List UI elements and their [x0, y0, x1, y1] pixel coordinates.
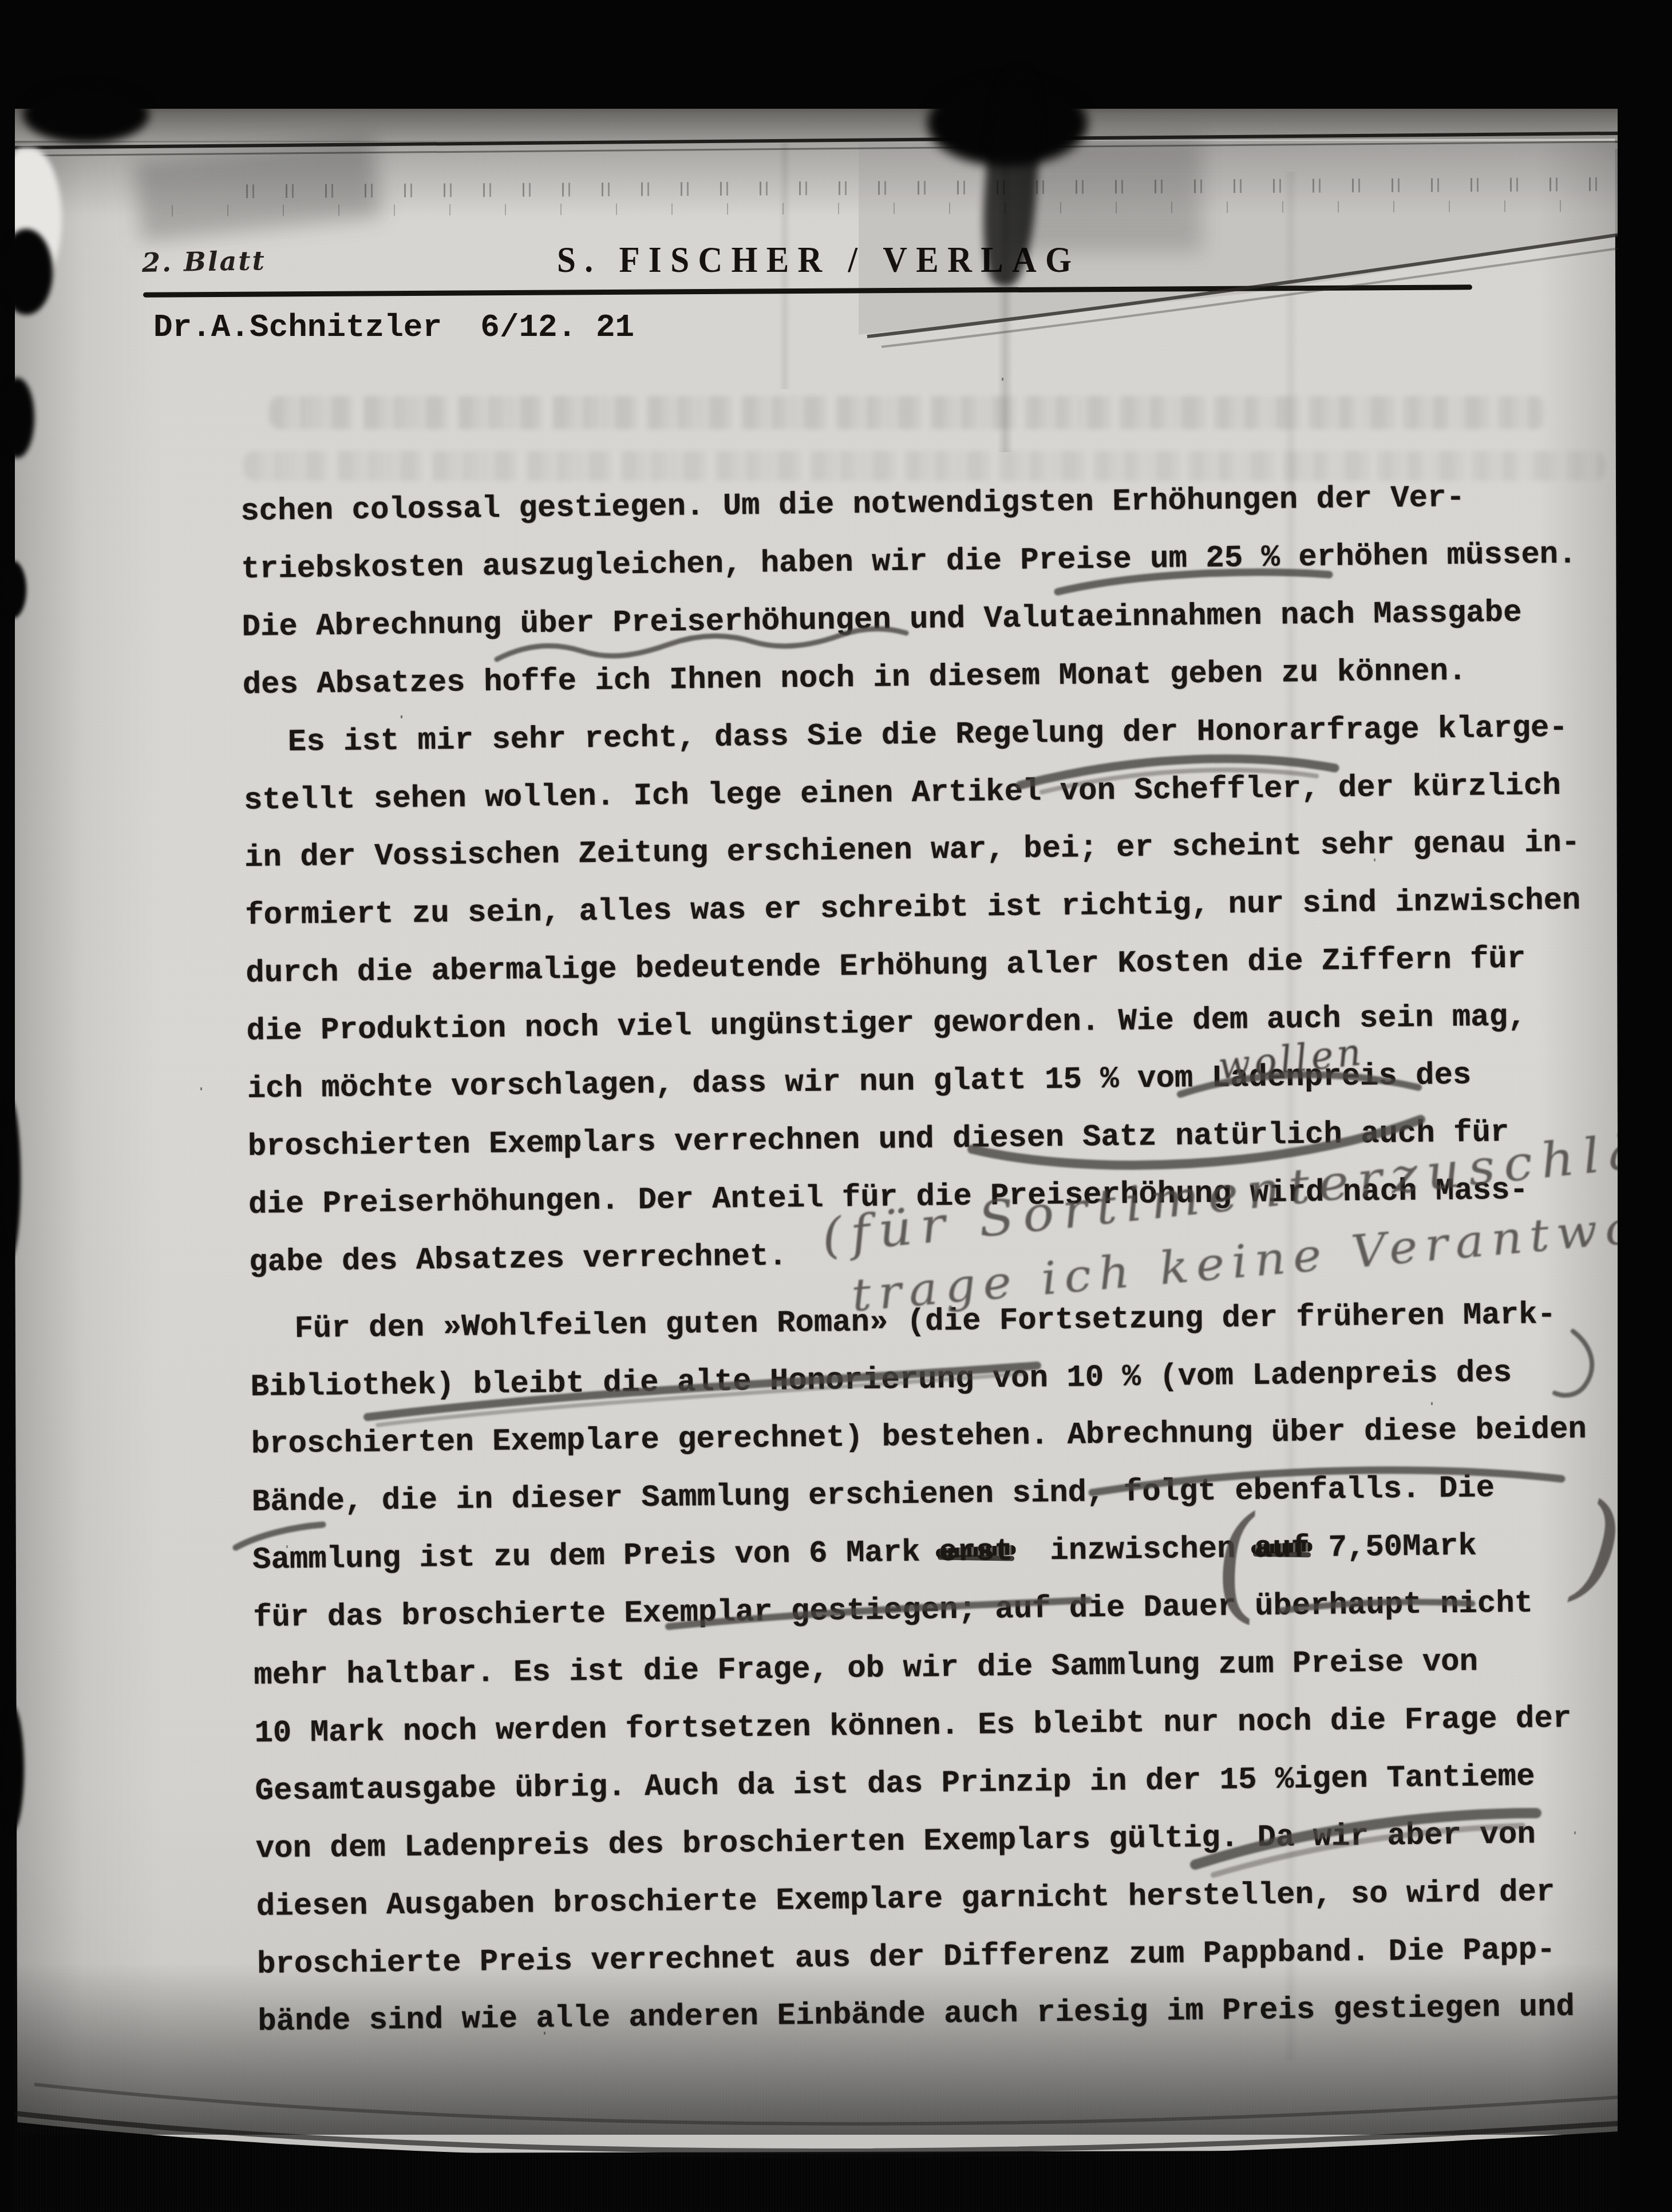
typed-text-segment: Bibliothek) bleibt die alte Honorierung …	[250, 1355, 1512, 1404]
scan-right-border	[1618, 0, 1672, 2212]
typed-line: Gesamtausgabe übrig. Auch da ist das Pri…	[255, 1762, 1535, 1807]
typed-line: diesen Ausgaben broschierte Exemplare ga…	[256, 1877, 1555, 1923]
typed-word-crossed-out: auf	[1254, 1531, 1310, 1566]
scan-border-blob	[0, 229, 53, 315]
typed-line: für das broschierte Exemplar gestiegen; …	[253, 1589, 1533, 1634]
typed-line: Bibliothek) bleibt die alte Honorierung …	[250, 1358, 1512, 1403]
typed-text-segment: in der Vossischen Zeitung erschienen war…	[244, 826, 1580, 876]
typed-line: mehr haltbar. Es ist die Frage, ob wir d…	[254, 1647, 1478, 1692]
typed-text-segment: broschierten Exemplare gerechnet) besteh…	[251, 1412, 1587, 1462]
typed-line: formiert zu sein, alles was er schreibt …	[245, 886, 1581, 932]
typed-text-segment: mehr haltbar. Es ist die Frage, ob wir d…	[254, 1645, 1478, 1693]
scan-border-blob	[0, 561, 26, 618]
typed-line: durch die abermalige bedeutende Erhöhung…	[246, 944, 1525, 990]
typed-text-segment: Die Abrechnung über Preiserhöhungen und …	[242, 595, 1522, 644]
typed-line: broschierten Exemplare gerechnet) besteh…	[251, 1415, 1587, 1461]
typed-line: Die Abrechnung über Preiserhöhungen und …	[242, 597, 1521, 643]
typed-text-segment: gabe des Absatzes verrechnet.	[249, 1239, 787, 1280]
typed-text-segment: formiert zu sein, alles was er schreibt …	[245, 884, 1581, 933]
typed-text-segment: Gesamtausgabe übrig. Auch da ist das Pri…	[255, 1759, 1535, 1809]
typed-line: 10 Mark noch werden fortsetzen können. E…	[254, 1704, 1571, 1750]
scanned-letter: 2. Blatt S. FISCHER / VERLAG Dr.A.Schnit…	[0, 0, 1672, 2212]
typed-line: Es ist mir sehr recht, dass Sie die Rege…	[288, 713, 1568, 758]
typed-text-segment: Sammlung ist zu dem Preis von 6 Mark	[252, 1535, 939, 1578]
typed-text-segment: 7,50Mark	[1310, 1529, 1477, 1566]
typed-text-segment: Es ist mir sehr recht, dass Sie die Rege…	[288, 710, 1568, 759]
typed-line: in der Vossischen Zeitung erschienen war…	[244, 828, 1580, 874]
typed-text-segment: von dem Ladenpreis des broschierten Exem…	[255, 1817, 1536, 1866]
typed-line: Bände, die in dieser Sammlung erschienen…	[252, 1474, 1495, 1519]
scan-top-border	[0, 0, 1672, 109]
page-number-label: 2. Blatt	[142, 245, 267, 278]
typed-text-segment: für das broschierte Exemplar gestiegen; …	[253, 1586, 1533, 1636]
typed-line: von dem Ladenpreis des broschierten Exem…	[256, 1819, 1536, 1865]
typed-text-segment: 10 Mark noch werden fortsetzen können. E…	[254, 1701, 1571, 1751]
bottom-scan-shadow	[0, 1963, 1672, 2135]
typed-word-crossed-out: erst	[939, 1534, 1013, 1570]
typed-line: Sammlung ist zu dem Preis von 6 Mark ers…	[252, 1532, 1477, 1576]
addressee-date-line: Dr.A.Schnitzler 6/12. 21	[153, 309, 634, 346]
typed-text-segment: des Absatzes hoffe ich Ihnen noch in die…	[242, 654, 1467, 702]
typed-line: triebskosten auszugleichen, haben wir di…	[241, 539, 1577, 585]
typed-text-segment: triebskosten auszugleichen, haben wir di…	[241, 537, 1577, 587]
scan-border-blob	[23, 86, 149, 143]
typed-text-segment: durch die abermalige bedeutende Erhöhung…	[246, 942, 1526, 991]
typed-line: stellt sehen wollen. Ich lege einen Arti…	[244, 770, 1561, 816]
typed-text-segment: diesen Ausgaben broschierte Exemplare ga…	[256, 1875, 1555, 1925]
typed-text-segment: stellt sehen wollen. Ich lege einen Arti…	[244, 768, 1561, 818]
scan-border-blob	[0, 378, 34, 458]
typed-text-segment: Bände, die in dieser Sammlung erschienen…	[252, 1471, 1495, 1521]
typed-line: gabe des Absatzes verrechnet.	[249, 1241, 787, 1279]
scan-border-blob	[0, 1706, 24, 1831]
typed-line: des Absatzes hoffe ich Ihnen noch in die…	[242, 656, 1467, 701]
scan-border-blob	[0, 1099, 21, 1259]
